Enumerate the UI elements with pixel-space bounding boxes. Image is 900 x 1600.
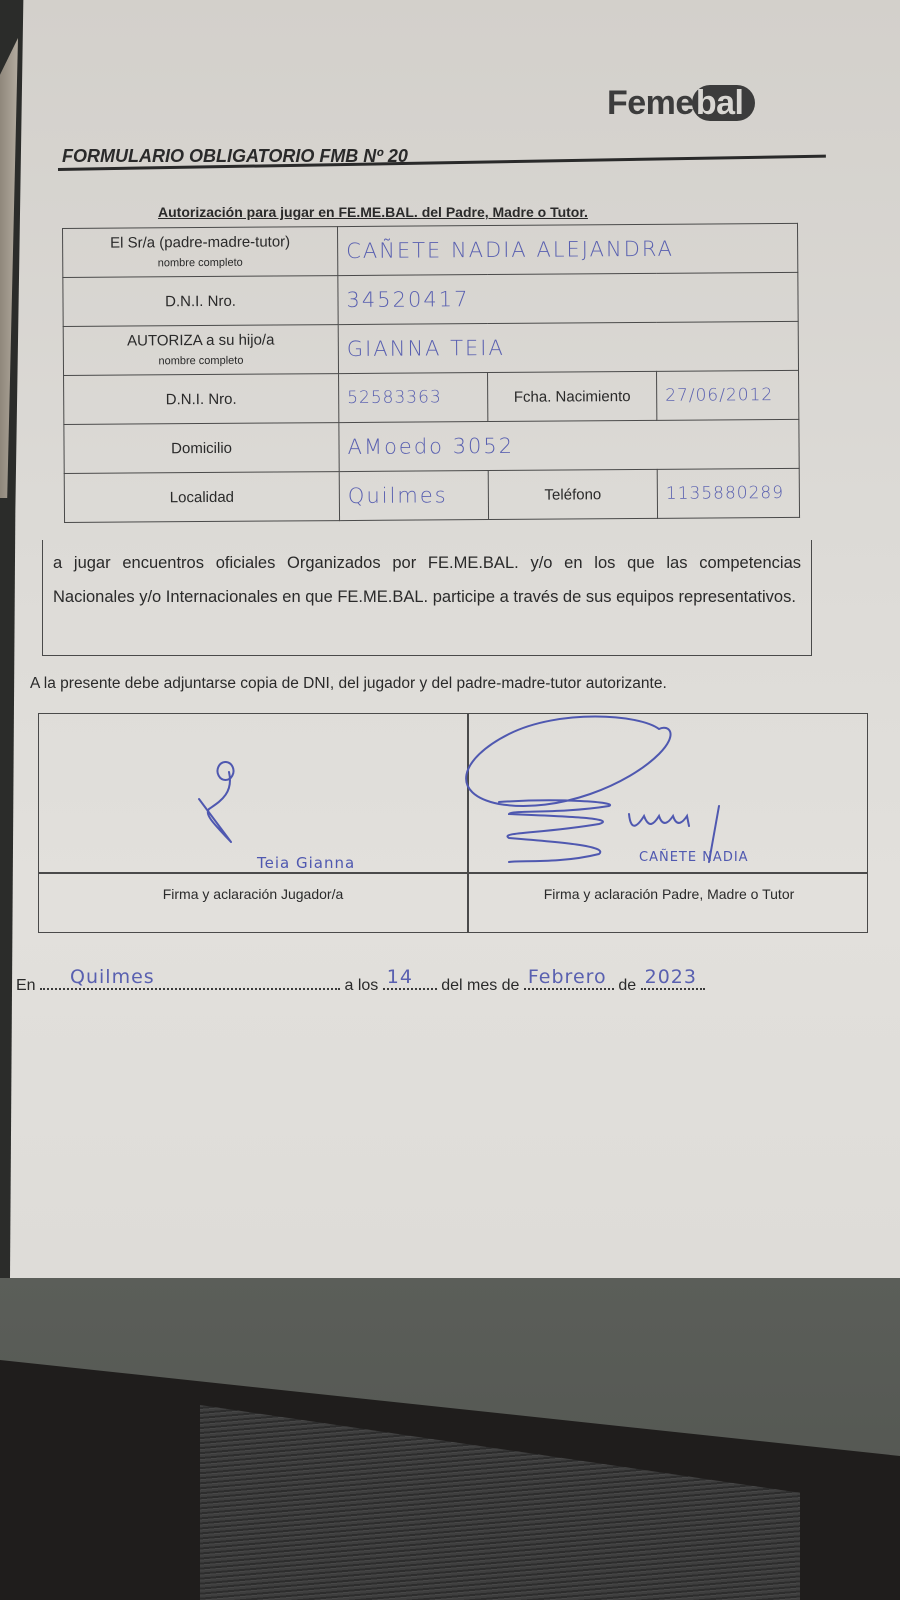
month-value: Febrero [528,966,607,988]
phone-value: 1135880289 [658,483,784,504]
address-value: AMoedo 3052 [339,434,514,459]
birth-date-value: 27/06/2012 [657,385,773,406]
city-label: Localidad [64,472,339,523]
femebal-logo: Femebal [607,84,755,123]
tutor-printed-name: CAÑETE NADIA [639,850,749,865]
authorization-table: El Sr/a (padre-madre-tutor) nombre compl… [62,223,800,523]
phone-label: Teléfono [488,469,657,519]
closing-line: En Quilmes a los 14 del mes de Febrero d… [16,972,705,995]
month-field[interactable]: Febrero [524,972,614,990]
logo-pill: bal [692,85,756,121]
declaration-text: a jugar encuentros oficiales Organizados… [42,540,812,656]
tutor-dni-value: 34520417 [338,287,469,312]
tutor-signature-caption: Firma y aclaración Padre, Madre o Tutor [469,886,869,902]
child-name-value: GIANNA TEIA [339,336,505,361]
tutor-signature-icon [466,717,719,863]
player-printed-name: Teia Gianna [257,854,355,872]
child-dni-field[interactable]: 52583363 [339,373,488,423]
tutor-name-label: El Sr/a (padre-madre-tutor) nombre compl… [63,227,338,278]
player-signature-caption: Firma y aclaración Jugador/a [39,886,467,902]
day-value: 14 [387,966,413,988]
form-page: Femebal FORMULARIO OBLIGATORIO FMB Nº 20… [0,0,900,1280]
attachment-notice: A la presente debe adjuntarse copia de D… [30,675,667,693]
form-subtitle: Autorización para jugar en FE.ME.BAL. de… [158,204,588,220]
birth-date-field[interactable]: 27/06/2012 [657,370,799,420]
table-row: D.N.I. Nro. 34520417 [63,272,798,326]
address-field[interactable]: AMoedo 3052 [339,419,799,471]
city-field[interactable]: Quilmes [339,471,488,521]
tutor-dni-label: D.N.I. Nro. [63,276,338,327]
table-row: Domicilio AMoedo 3052 [64,419,799,473]
place-field[interactable]: Quilmes [40,972,340,990]
tutor-name-field[interactable]: CAÑETE NADIA ALEJANDRA [337,223,797,275]
tutor-name-value: CAÑETE NADIA ALEJANDRA [338,237,674,263]
tutor-name-sublabel: nombre completo [63,256,337,271]
tutor-dni-field[interactable]: 34520417 [338,272,798,324]
table-row: AUTORIZA a su hijo/a nombre completo GIA… [63,321,798,375]
birth-date-label: Fcha. Nacimiento [488,371,657,421]
signature-table: Teia Gianna CAÑETE NADIA Firma y aclarac… [38,713,868,933]
table-row: D.N.I. Nro. 52583363 Fcha. Nacimiento 27… [64,370,799,424]
month-label: del mes de [441,977,519,994]
table-row: El Sr/a (padre-madre-tutor) nombre compl… [63,223,798,277]
address-label: Domicilio [64,423,339,474]
child-dni-label: D.N.I. Nro. [64,374,339,425]
year-label: de [618,977,636,994]
table-row: Localidad Quilmes Teléfono 1135880289 [64,468,799,522]
child-name-sublabel: nombre completo [64,354,338,369]
day-field[interactable]: 14 [383,972,437,990]
place-label: En [16,977,36,994]
child-name-label: AUTORIZA a su hijo/a nombre completo [63,325,338,376]
logo-text: Feme [607,84,694,122]
player-signature-icon [199,762,234,842]
year-value: 2023 [645,966,697,988]
child-name-field[interactable]: GIANNA TEIA [338,321,798,373]
day-label: a los [344,977,378,994]
year-field[interactable]: 2023 [641,972,705,990]
phone-field[interactable]: 1135880289 [657,468,799,518]
place-value: Quilmes [70,966,155,988]
city-value: Quilmes [340,483,448,508]
child-dni-value: 52583363 [339,387,442,408]
